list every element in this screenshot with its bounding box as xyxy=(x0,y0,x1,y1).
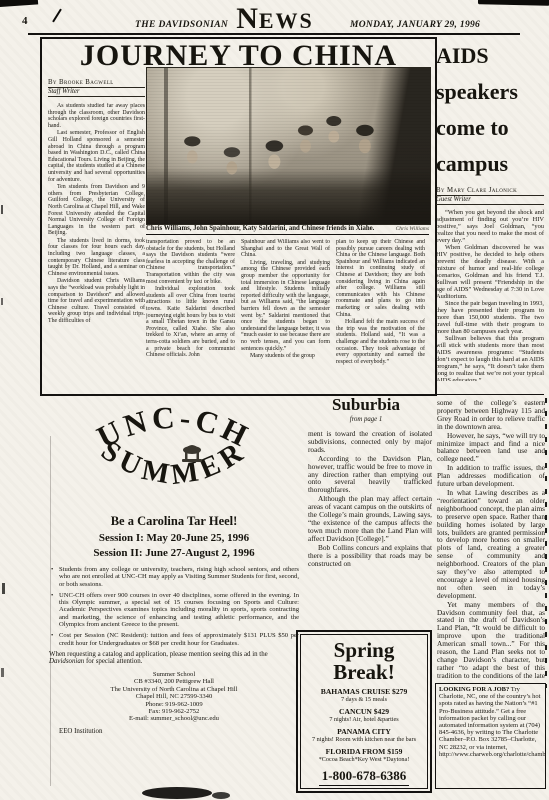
suburbia-column-right: some of the college’s eastern property b… xyxy=(437,399,545,681)
journey-byline-title: Staff Writer xyxy=(48,88,145,97)
article-paragraph: Sullivan believes that this program will… xyxy=(436,335,544,381)
china-group-photo xyxy=(146,67,431,225)
suburbia-jump-headline: Suburbia from page 1 xyxy=(300,395,432,423)
svg-text:SUMMER: SUMMER xyxy=(95,434,252,491)
article-paragraph: Many students of the group xyxy=(241,353,330,360)
article-paragraph: Although the plan may affect certain are… xyxy=(308,495,432,542)
article-paragraph: Individual exploration took students all… xyxy=(146,286,235,359)
unc-bullet-list: Students from any college or university,… xyxy=(45,566,303,647)
article-paragraph: When Goldman discovered he was HIV posit… xyxy=(436,244,544,300)
address-line: Fax: 919-962-2752 xyxy=(45,708,303,715)
scan-artifact xyxy=(478,0,549,6)
unc-arc-bottom-text: SUMMER xyxy=(95,434,252,491)
scan-artifact xyxy=(1,205,3,214)
spring-break-offer: PANAMA CITY 7 nights! Room with kitchen … xyxy=(301,727,427,743)
article-paragraph: Living, traveling, and studying among th… xyxy=(241,260,330,352)
article-paragraph: Spainhour and Williams also went to Shan… xyxy=(241,239,330,259)
aids-headline: AIDS speakers come to campus xyxy=(436,38,544,182)
offer-title: BAHAMAS CRUISE $279 xyxy=(301,687,427,696)
newspaper-page: 4 THE DAVIDSONIAN NEWS MONDAY, JANUARY 2… xyxy=(0,0,549,800)
photo-credit: Chris Williams xyxy=(396,226,429,232)
spring-break-headline: Spring Break! xyxy=(301,639,427,683)
header-rule xyxy=(28,33,520,35)
offer-title: PANAMA CITY xyxy=(301,727,427,736)
journey-column-1: As students studied far away places thro… xyxy=(48,103,145,387)
old-well-icon xyxy=(182,445,202,462)
article-paragraph: Davidson student Chris Williams says the… xyxy=(48,278,145,324)
offer-detail: 7 nights! Air, hotel &parties xyxy=(301,716,427,723)
page-number: 4 xyxy=(22,15,28,27)
article-paragraph: Holland felt the main success of the tri… xyxy=(336,319,425,365)
unc-arc-lettering: UNC-CH SUMMER xyxy=(54,398,294,512)
section-title: NEWS xyxy=(200,2,350,36)
unc-address-block: Summer School CB #3340, 200 Pettigrew Ha… xyxy=(45,671,303,723)
article-paragraph: ment is toward the creation of isolated … xyxy=(308,430,432,454)
spring-break-ad-inner: Spring Break! BAHAMAS CRUISE $279 7 days… xyxy=(300,634,428,789)
article-paragraph: However, he says, “we will try to minimi… xyxy=(437,432,545,464)
spring-break-offer: BAHAMAS CRUISE $279 7 days & 15 meals xyxy=(301,687,427,703)
journey-column-2: transportation proved to be an obstacle … xyxy=(146,239,235,389)
spring-break-ad: Spring Break! BAHAMAS CRUISE $279 7 days… xyxy=(296,630,432,793)
offer-title: CANCUN $429 xyxy=(301,707,427,716)
scan-artifact xyxy=(1,298,3,305)
address-line: Summer School xyxy=(45,671,303,678)
spring-break-offer: CANCUN $429 7 nights! Air, hotel &partie… xyxy=(301,707,427,723)
article-paragraph: As students studied far away places thro… xyxy=(48,103,145,129)
scan-artifact xyxy=(545,398,547,688)
scan-artifact xyxy=(2,583,5,594)
photo-caption: Chris Williams, John Spainhour, Katy Sal… xyxy=(146,225,374,232)
journey-byline-block: By Brooke Bagwell Staff Writer xyxy=(48,79,145,97)
section-title-initial: N xyxy=(236,2,259,35)
article-paragraph: Since the pair began traveling in 1993, … xyxy=(436,300,544,335)
job-ad-lead: LOOKING FOR A JOB? xyxy=(439,686,509,693)
offer-detail: 7 days & 15 meals xyxy=(301,696,427,703)
article-paragraph: Last semester, Professor of English Gill… xyxy=(48,130,145,183)
article-paragraph: Bob Collins concurs and explains that th… xyxy=(308,544,432,568)
unc-note-publication: Davidsonian xyxy=(49,658,84,665)
unc-summer-ad: UNC-CH SUMMER Be a Carolina Tar Heel! Se… xyxy=(45,398,303,735)
address-line: The University of North Carolina at Chap… xyxy=(45,686,303,693)
address-line: Phone: 919-962-1009 xyxy=(45,701,303,708)
article-paragraph: Yet many members of the Davidson communi… xyxy=(437,601,545,681)
address-line: CB #3340, 200 Pettigrew Hall xyxy=(45,678,303,685)
article-paragraph: In addition to traffic issues, the Plan … xyxy=(437,464,545,488)
article-paragraph: The students lived in dorms, took four c… xyxy=(48,238,145,278)
spring-break-headline-line: Break! xyxy=(301,661,427,683)
issue-date: MONDAY, JANUARY 29, 1996 xyxy=(350,20,480,30)
scan-artifact xyxy=(0,0,38,8)
article-paragraph: “When you get beyond the shock and adjus… xyxy=(436,209,544,244)
right-column-divider xyxy=(437,394,544,395)
suburbia-column-left: ment is toward the creation of isolated … xyxy=(308,430,432,626)
address-line: E-mail: summer_school@unc.edu xyxy=(45,715,303,722)
article-paragraph: Ten students from Davidson and 9 others … xyxy=(48,184,145,237)
article-paragraph: some of the college’s eastern property b… xyxy=(437,399,545,431)
ad-bullet: Cost per Session (NC Resident): tuition … xyxy=(59,632,299,647)
unc-note-text: When requesting a catalog and applicatio… xyxy=(49,651,268,658)
unc-session-2: Session II: June 27-August 2, 1996 xyxy=(45,547,303,559)
aids-headline-line: speakers xyxy=(436,74,544,110)
journey-byline: By Brooke Bagwell xyxy=(48,79,145,88)
scan-artifact xyxy=(212,792,230,799)
aids-byline: By Mary Clare Jalonick xyxy=(436,187,544,196)
journey-column-3: Spainhour and Williams also went to Shan… xyxy=(241,239,330,389)
article-paragraph: transportation proved to be an obstacle … xyxy=(146,239,235,285)
ad-bullet: UNC-CH offers over 900 courses in over 4… xyxy=(59,592,299,628)
aids-byline-block: By Mary Clare Jalonick Guest Writer xyxy=(436,187,544,205)
photo-caption-row: Chris Williams, John Spainhour, Katy Sal… xyxy=(146,225,429,235)
scan-artifact xyxy=(1,668,4,677)
journey-article: JOURNEY TO CHINA By Brooke Bagwell Staff… xyxy=(40,37,437,396)
aids-headline-line: campus xyxy=(436,146,544,182)
offer-detail: *Cocoa Beach*Key West *Daytona! xyxy=(301,756,427,763)
spring-break-offer: FLORIDA FROM $159 *Cocoa Beach*Key West … xyxy=(301,747,427,763)
aids-headline-line: AIDS xyxy=(436,38,544,74)
spring-break-headline-line: Spring xyxy=(301,639,427,661)
ad-bullet: Students from any college or university,… xyxy=(59,566,299,588)
scan-artifact xyxy=(142,787,212,799)
address-line: Chapel Hill, NC 27599-3340 xyxy=(45,693,303,700)
scan-artifact xyxy=(52,9,62,23)
journey-column-4: plan to keep up their Chinese and possib… xyxy=(336,239,425,389)
offer-title: FLORIDA FROM $159 xyxy=(301,747,427,756)
unc-eeo-line: EEO Institution xyxy=(45,728,303,735)
spring-break-phone: 1-800-678-6386 xyxy=(319,768,410,786)
scan-artifact xyxy=(50,436,51,786)
unc-note: When requesting a catalog and applicatio… xyxy=(45,651,303,666)
article-paragraph: plan to keep up their Chinese and possib… xyxy=(336,239,425,318)
article-paragraph: According to the Davidson Plan, however,… xyxy=(308,455,432,495)
job-ad-body: Try Charlotte, NC, one of the country’s … xyxy=(439,686,546,758)
suburbia-headline: Suburbia xyxy=(300,395,432,415)
job-classified-ad: LOOKING FOR A JOB? Try Charlotte, NC, on… xyxy=(435,683,546,789)
offer-detail: 7 nights! Room with kitchen near the bar… xyxy=(301,736,427,743)
section-title-rest: EWS xyxy=(259,8,314,33)
unc-tagline: Be a Carolina Tar Heel! xyxy=(45,514,303,529)
suburbia-continued-from: from page 1 xyxy=(300,416,432,423)
aids-headline-line: come to xyxy=(436,110,544,146)
aids-article: AIDS speakers come to campus By Mary Cla… xyxy=(436,38,544,381)
aids-byline-title: Guest Writer xyxy=(436,196,544,205)
article-paragraph: In what Lawing describes as a “reorienta… xyxy=(437,489,545,600)
unc-note-text: for special attention. xyxy=(86,658,142,665)
aids-body: “When you get beyond the shock and adjus… xyxy=(436,209,544,381)
unc-session-1: Session I: May 20-June 25, 1996 xyxy=(45,532,303,544)
